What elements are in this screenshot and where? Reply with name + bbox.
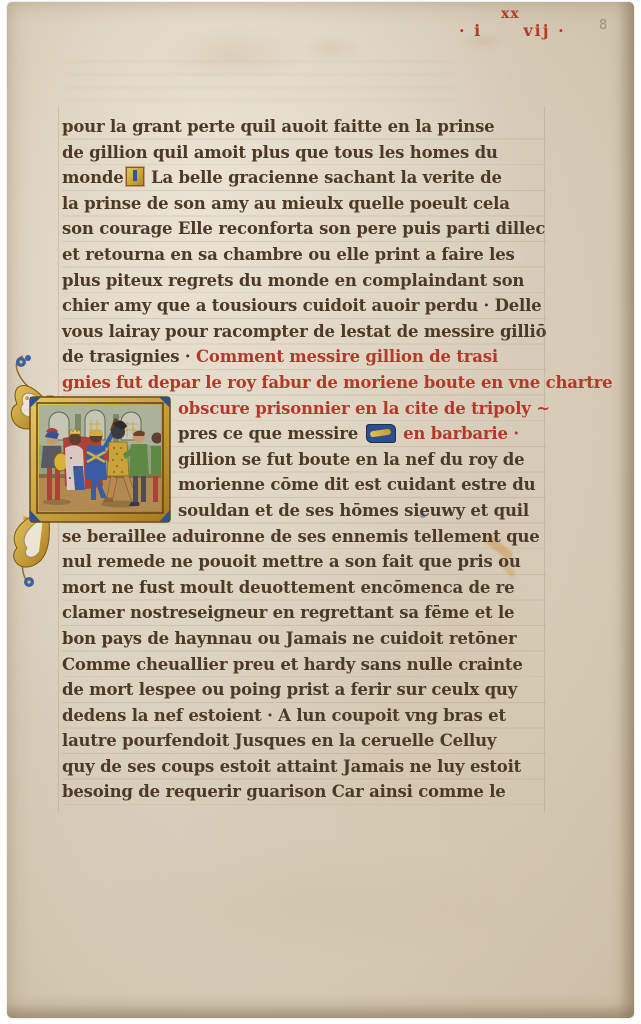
folio-number: xx · i vij · <box>459 6 579 50</box>
text-line: obscure prisonnier en la cite de tripoly… <box>178 396 546 422</box>
rubric-text: Comment messire gillion de trasi <box>196 347 498 366</box>
pencil-folio-number: 8 <box>599 18 607 33</box>
body-text: lautre pourfendoit Jusques en la ceruell… <box>62 731 496 750</box>
body-text: mort ne fust moult deuottement encōmenca… <box>62 578 514 597</box>
body-text: de trasignies · <box>62 347 196 366</box>
stain <box>87 837 517 967</box>
text-lines-bottom: se beraillee aduironne de ses ennemis te… <box>62 524 546 806</box>
text-line: Comme cheuallier preu et hardy sans null… <box>62 652 546 678</box>
body-text: et retourna en sa chambre ou elle print … <box>62 245 515 264</box>
text-line: et retourna en sa chambre ou elle print … <box>62 242 546 268</box>
text-lines-top: pour la grant perte quil auoit faitte en… <box>62 114 546 396</box>
body-text: chier amy que a tousiours cuidoit auoir … <box>62 296 541 315</box>
text-line: pres ce que messire en barbarie · <box>178 421 546 447</box>
folio-left: · i <box>459 21 482 40</box>
rubric-text: gnies fut depar le roy fabur de moriene … <box>62 373 612 392</box>
text-line: de trasignies · Comment messire gillion … <box>62 344 546 370</box>
body-text: clamer nostreseigneur en regrettant sa f… <box>62 603 514 622</box>
text-line: pour la grant perte quil auoit faitte en… <box>62 114 546 140</box>
body-text: la prinse de son amy au mieulx quelle po… <box>62 194 510 213</box>
text-lines-beside-miniature: obscure prisonnier en la cite de tripoly… <box>178 396 546 524</box>
body-text: son courage Elle reconforta son pere pui… <box>62 219 545 238</box>
text-line: clamer nostreseigneur en regrettant sa f… <box>62 600 546 626</box>
text-line: la prinse de son amy au mieulx quelle po… <box>62 191 546 217</box>
text-line: de mort lespee ou poing prist a ferir su… <box>62 677 546 703</box>
champ-initial-mark <box>126 167 144 186</box>
text-line: lautre pourfendoit Jusques en la ceruell… <box>62 728 546 754</box>
body-text: pour la grant perte quil auoit faitte en… <box>62 117 494 136</box>
folio-superscript: xx <box>501 6 520 22</box>
body-text: de gillion quil amoit plus que tous les … <box>62 143 498 162</box>
text-line: bon pays de haynnau ou Jamais ne cuidoit… <box>62 626 546 652</box>
folio-right: vij · <box>523 21 565 40</box>
body-text: bon pays de haynnau ou Jamais ne cuidoit… <box>62 629 516 648</box>
historiated-initial-miniature <box>29 396 171 523</box>
text-line: son courage Elle reconforta son pere pui… <box>62 216 546 242</box>
rubric-text: ~ <box>531 399 550 418</box>
body-text: vous lairay pour racompter de lestat de … <box>62 322 546 341</box>
body-text: de mort lespee ou poing prist a ferir su… <box>62 680 517 699</box>
text-block: pour la grant perte quil auoit faitte en… <box>62 114 546 808</box>
body-text: nul remede ne pouoit mettre a son fait q… <box>62 552 521 571</box>
body-text: dedens la nef estoient · A lun coupoit v… <box>62 706 506 725</box>
body-text: monde <box>62 168 124 187</box>
text-line: plus piteux regrets du monde en complain… <box>62 268 546 294</box>
text-line: mort ne fust moult deuottement encōmenca… <box>62 575 546 601</box>
folio-main: · i vij · <box>459 21 566 40</box>
body-text: besoing de requerir guarison Car ainsi c… <box>62 782 506 801</box>
stain <box>157 24 307 86</box>
text-line: nul remede ne pouoit mettre a son fait q… <box>62 549 546 575</box>
miniature-and-text-row: obscure prisonnier en la cite de tripoly… <box>62 396 546 524</box>
body-text: Comme cheuallier preu et hardy sans null… <box>62 655 523 674</box>
stain <box>299 34 363 64</box>
text-line: besoing de requerir guarison Car ainsi c… <box>62 779 546 805</box>
manuscript-page: xx · i vij · 8 <box>0 0 641 1024</box>
rubric-text: obscure prisonnier en la cite de tripoly <box>178 399 531 418</box>
rubric-text: en barbarie · <box>398 424 519 443</box>
paraph-mark <box>366 424 396 443</box>
body-text: pres ce que messire <box>178 424 364 443</box>
body-text: La belle gracienne sachant la verite de <box>146 168 502 187</box>
parchment-leaf: xx · i vij · 8 <box>7 2 634 1018</box>
text-line: souldan et de ses hōmes sieuwy et quil <box>178 498 546 524</box>
text-line: vous lairay pour racompter de lestat de … <box>62 319 546 345</box>
text-line: de gillion quil amoit plus que tous les … <box>62 140 546 166</box>
text-line: gillion se fut boute en la nef du roy de <box>178 447 546 473</box>
body-text: quy de ses coups estoit attaint Jamais n… <box>62 757 521 776</box>
text-line: gnies fut depar le roy fabur de moriene … <box>62 370 546 396</box>
text-line: dedens la nef estoient · A lun coupoit v… <box>62 703 546 729</box>
body-text: morienne cōme dit est cuidant estre du <box>178 475 535 494</box>
text-line: morienne cōme dit est cuidant estre du <box>178 472 546 498</box>
text-line: chier amy que a tousiours cuidoit auoir … <box>62 293 546 319</box>
body-text: plus piteux regrets du monde en complain… <box>62 271 524 290</box>
body-text: souldan et de ses hōmes sieuwy et quil <box>178 501 529 520</box>
text-line: quy de ses coups estoit attaint Jamais n… <box>62 754 546 780</box>
body-text: se beraillee aduironne de ses ennemis te… <box>62 527 540 546</box>
text-show-through <box>65 60 455 106</box>
text-line: monde La belle gracienne sachant la veri… <box>62 165 546 191</box>
body-text: gillion se fut boute en la nef du roy de <box>178 450 524 469</box>
text-line: se beraillee aduironne de ses ennemis te… <box>62 524 546 550</box>
